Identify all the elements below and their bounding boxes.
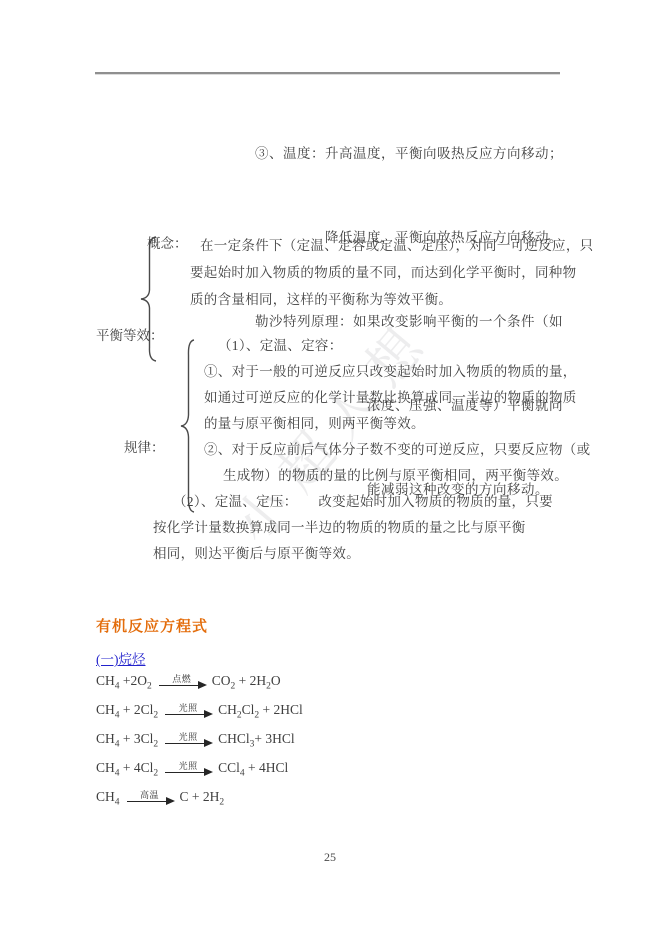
- paragraph-line: ①、对于一般的可逆反应只改变起始时加入物质的物质的量，: [204, 359, 574, 385]
- paragraph-line: ②、对于反应前后气体分子数不变的可逆反应，只要反应物（或: [204, 437, 574, 463]
- reaction-arrow-icon: 高温: [127, 790, 173, 802]
- products: CH2Cl2 + 2HCl: [218, 702, 303, 718]
- reaction-arrow-icon: 点燃: [159, 674, 205, 686]
- products: CO2 + 2H2O: [212, 673, 281, 689]
- curly-brace-rules: [179, 339, 197, 513]
- arrow-shaft: [159, 685, 205, 686]
- reaction-equation: CH4 + 2Cl2 光照 CH2Cl2 + 2HCl: [96, 695, 303, 724]
- rule-label: 规律：: [124, 436, 165, 456]
- reactants: CH4 + 2Cl2: [96, 702, 158, 718]
- equation-list: CH4 +2O2 点燃 CO2 + 2H2O CH4 + 2Cl2 光照 CH2…: [96, 666, 303, 811]
- reaction-arrow-icon: 光照: [165, 761, 211, 773]
- paragraph-line: ③、温度：升高温度，平衡向吸热反应方向移动；: [95, 140, 563, 168]
- arrow-shaft: [165, 714, 211, 715]
- page-number: 25: [0, 850, 660, 865]
- paragraph-line: 质的含量相同，这样的平衡称为等效平衡。: [190, 286, 570, 313]
- concept-label: 概念：: [147, 232, 188, 252]
- reaction-equation: CH4 + 3Cl2 光照 CHCl3+ 3HCl: [96, 724, 303, 753]
- products: CCl4 + 4HCl: [218, 760, 288, 776]
- products: CHCl3+ 3HCl: [218, 731, 295, 747]
- arrow-shaft: [165, 743, 211, 744]
- products: C + 2H2: [180, 789, 225, 805]
- condition-label: 光照: [179, 761, 198, 771]
- condition-label: 高温: [140, 790, 159, 800]
- condition-label: 点燃: [172, 674, 191, 684]
- reactants: CH4 + 4Cl2: [96, 760, 158, 776]
- header-divider-line: [95, 72, 560, 74]
- paragraph-line: 如通过可逆反应的化学计量数比换算成同一半边的物质的物质: [204, 385, 574, 411]
- paragraph-line: （2）、定温、定压： 改变起始时加入物质的物质的量，只要: [173, 489, 574, 515]
- reaction-equation: CH4 高温 C + 2H2: [96, 782, 303, 811]
- rules-paragraph: （1）、定温、定容： ①、对于一般的可逆反应只改变起始时加入物质的物质的量， 如…: [204, 333, 574, 567]
- arrow-shaft: [165, 772, 211, 773]
- document-page: ③、温度：升高温度，平衡向吸热反应方向移动； 降低温度，平衡向放热反应方向移动。…: [0, 0, 660, 933]
- paragraph-line: 相同，则达平衡后与原平衡等效。: [153, 541, 574, 567]
- alkane-subheading-link[interactable]: (一)烷烃: [96, 648, 146, 668]
- paragraph-line: 的量与原平衡相同，则两平衡等效。: [204, 411, 574, 437]
- organic-section-heading: 有机反应方程式: [96, 615, 208, 636]
- reactants: CH4 +2O2: [96, 673, 152, 689]
- paragraph-line: 生成物）的物质的量的比例与原平衡相同，两平衡等效。: [204, 463, 574, 489]
- reactants: CH4: [96, 789, 120, 805]
- paragraph-line: 按化学计量数换算成同一半边的物质的物质的量之比与原平衡: [153, 515, 574, 541]
- reactants: CH4 + 3Cl2: [96, 731, 158, 747]
- concept-paragraph: 在一定条件下（定温、定容或定温、定压），对同一可逆反应，只 要起始时加入物质的物…: [190, 232, 570, 313]
- condition-label: 光照: [179, 703, 198, 713]
- condition-label: 光照: [179, 732, 198, 742]
- paragraph-line: 在一定条件下（定温、定容或定温、定压），对同一可逆反应，只: [190, 232, 570, 259]
- arrow-shaft: [127, 801, 173, 802]
- reaction-equation: CH4 +2O2 点燃 CO2 + 2H2O: [96, 666, 303, 695]
- reaction-equation: CH4 + 4Cl2 光照 CCl4 + 4HCl: [96, 753, 303, 782]
- reaction-arrow-icon: 光照: [165, 703, 211, 715]
- reaction-arrow-icon: 光照: [165, 732, 211, 744]
- paragraph-line: （1）、定温、定容：: [204, 333, 574, 359]
- paragraph-line: 要起始时加入物质的物质的量不同，而达到化学平衡时，同种物: [190, 259, 570, 286]
- curly-brace-outer: [139, 236, 159, 362]
